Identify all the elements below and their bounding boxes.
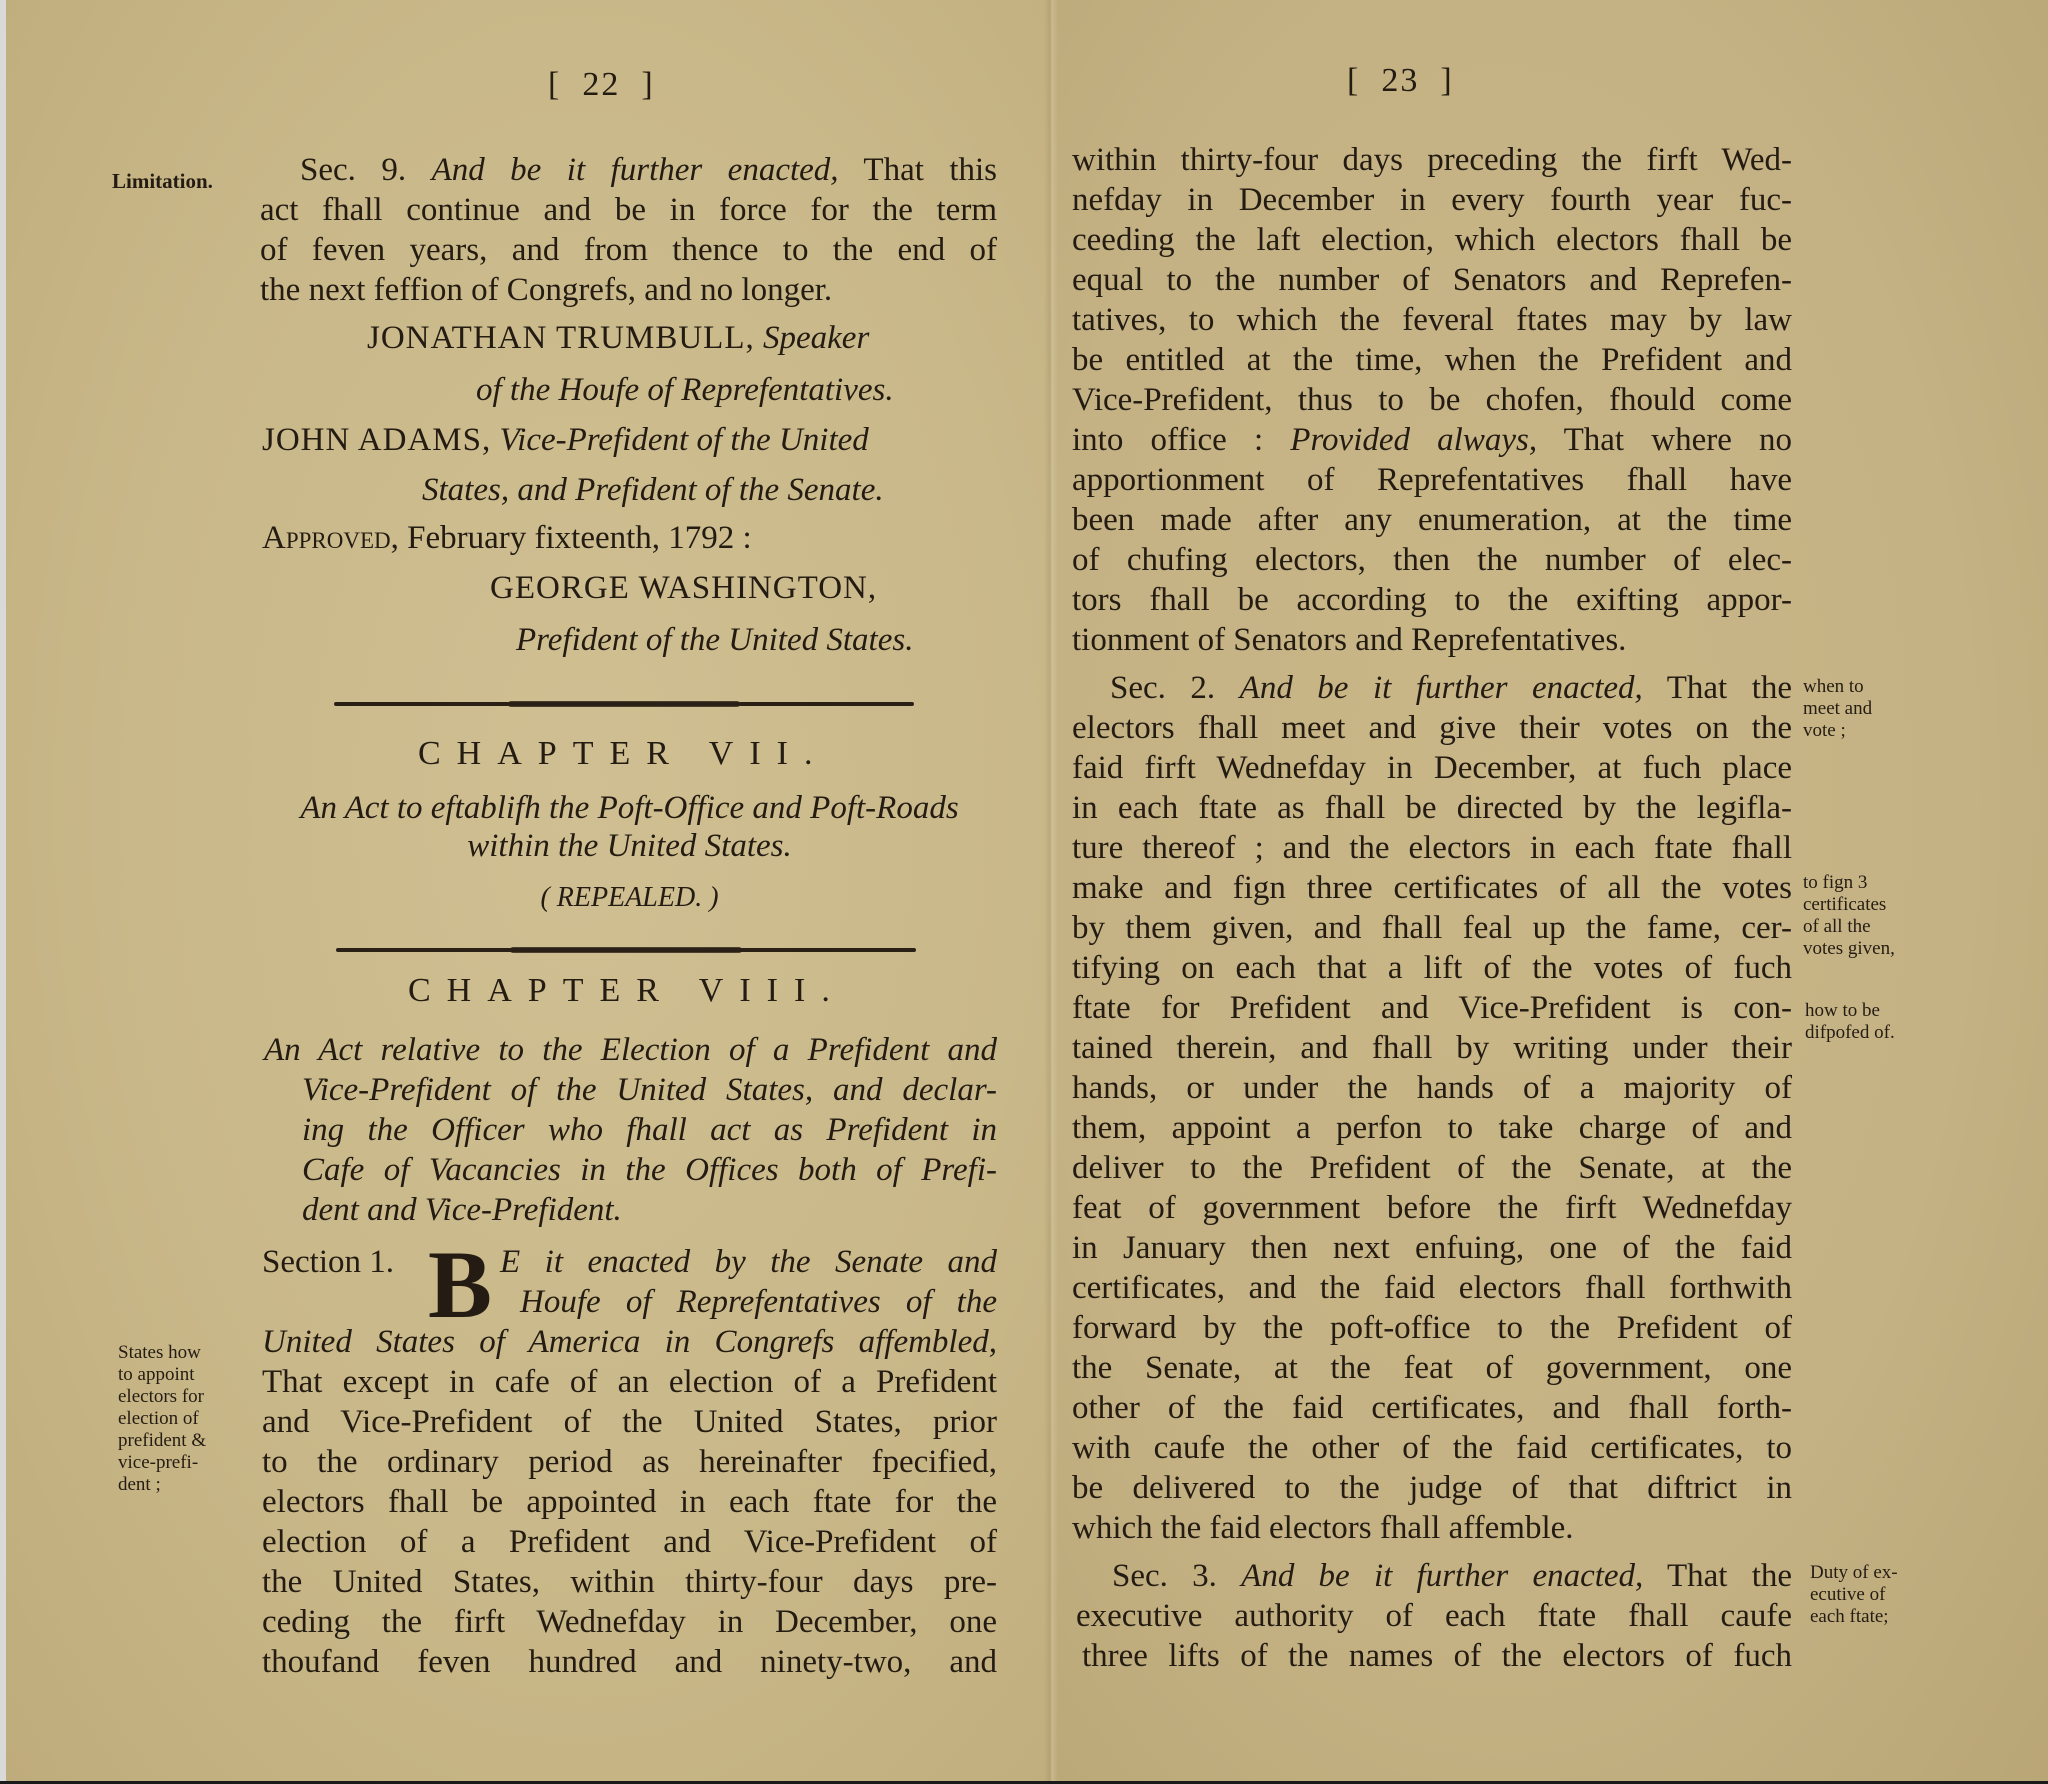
cont-line-3: ceeding the laft election, which elector… <box>1072 220 1792 260</box>
sec1-body-line-8: thoufand feven hundred and ninety-two, a… <box>262 1642 997 1682</box>
sec2-line-4: in each ftate as fhall be directed by th… <box>1072 788 1792 828</box>
cont-line-1: within thirty-four days preceding the fi… <box>1072 140 1792 180</box>
margin-note-how-disposed: how to be difpofed of. <box>1805 1000 1895 1044</box>
cont-line-6: be entitled at the time, when the Prefid… <box>1072 340 1792 380</box>
sec2-line1-rest: That the <box>1667 670 1792 706</box>
sec2-line-11: hands, or under the hands of a majority … <box>1072 1068 1792 1108</box>
margin-note-when-to-meet: when to meet and vote ; <box>1803 676 1872 742</box>
chapter-8-title-5: dent and Vice-Prefident. <box>302 1190 622 1230</box>
vp-signature: JOHN ADAMS, Vice-Prefident of the United <box>262 420 869 460</box>
margin-note-line: electors for <box>118 1386 206 1408</box>
sec2-line-17: forward by the poft-office to the Prefid… <box>1072 1308 1792 1348</box>
margin-note-line: prefident & <box>118 1430 206 1452</box>
cont-line-8: into office : Provided always, That wher… <box>1072 420 1792 460</box>
drop-cap: B <box>428 1245 492 1325</box>
sec2-line-2: electors fhall meet and give their votes… <box>1072 708 1792 748</box>
vp-name: JOHN ADAMS, <box>262 422 491 458</box>
sec2-line-16: certificates, and the faid electors fhal… <box>1072 1268 1792 1308</box>
cont-line-12: tors fhall be according to the exifting … <box>1072 580 1792 620</box>
sec9-line-1: Sec. 9. And be it further enacted, That … <box>300 150 997 190</box>
section-1-label: Section 1. <box>262 1242 394 1282</box>
margin-note-line: to fign 3 <box>1803 872 1895 894</box>
sec2-line-8: tifying on each that a lift of the votes… <box>1072 948 1792 988</box>
sec3-line-3: three lifts of the names of the electors… <box>1082 1636 1792 1676</box>
scan-left-edge <box>0 0 6 1784</box>
vp-title-cont: States, and Prefident of the Senate. <box>422 470 884 510</box>
sec3-line-1: Sec. 3. And be it further enacted, That … <box>1112 1556 1792 1596</box>
margin-note-states-how: States how to appoint electors for elect… <box>118 1342 206 1496</box>
speaker-signature: JONATHAN TRUMBULL, Speaker <box>367 318 869 358</box>
cont-line-5: tatives, to which the feveral ftates may… <box>1072 300 1792 340</box>
margin-note-limitation: Limitation. <box>112 170 213 192</box>
margin-note-duty: Duty of ex- ecutive of each ftate; <box>1810 1562 1898 1628</box>
sec2-enacting-clause: And be it further enacted, <box>1240 670 1643 706</box>
sec1-body-line-7: ceding the firft Wednefday in December, … <box>262 1602 997 1642</box>
approved-label: Approved, <box>262 520 399 556</box>
section-divider-1 <box>334 702 914 706</box>
margin-note-line: Duty of ex- <box>1810 1562 1898 1584</box>
sec1-body-line-2: and Vice-Prefident of the United States,… <box>262 1402 997 1442</box>
margin-note-line: to appoint <box>118 1364 206 1386</box>
sec2-line-7: by them given, and fhall feal up the fam… <box>1072 908 1792 948</box>
chapter-7-heading: CHAPTER VII. <box>418 735 829 773</box>
chapter-8-heading: CHAPTER VIII. <box>408 972 846 1010</box>
chapter-7-title-1: An Act to eftablifh the Poft-Office and … <box>262 788 997 828</box>
enacting-line-1: E it enacted by the Senate and <box>500 1242 997 1282</box>
sec9-line-4: the next feffion of Congrefs, and no lon… <box>260 270 997 310</box>
sec9-line-3: of feven years, and from thence to the e… <box>260 230 997 270</box>
margin-note-line: of all the <box>1803 916 1895 938</box>
margin-note-line: vote ; <box>1803 720 1872 742</box>
cont-line-10: been made after any enumeration, at the … <box>1072 500 1792 540</box>
margin-note-line: votes given, <box>1803 938 1895 960</box>
margin-note-line: vice-prefi- <box>118 1452 206 1474</box>
cont-line-9: apportionment of Reprefentatives fhall h… <box>1072 460 1792 500</box>
sec2-line-6: make and fign three certificates of all … <box>1072 868 1792 908</box>
sec3-line1-rest: That the <box>1667 1558 1792 1594</box>
sec2-line-14: feat of government before the firft Wedn… <box>1072 1188 1792 1228</box>
enacting-line-3: United States of America in Congrefs aff… <box>262 1322 997 1362</box>
sec2-line-22: which the faid electors fhall affemble. <box>1072 1508 1792 1548</box>
book-gutter <box>1044 0 1058 1781</box>
page-number-23: [ 23 ] <box>1347 62 1454 100</box>
sec2-line-19: other of the faid certificates, and fhal… <box>1072 1388 1792 1428</box>
margin-note-line: election of <box>118 1408 206 1430</box>
sec1-body-line-5: election of a Prefident and Vice-Prefide… <box>262 1522 997 1562</box>
enacting-line-2: Houfe of Reprefentatives of the <box>520 1282 997 1322</box>
sec9-enacting-clause: And be it further enacted, <box>432 152 839 188</box>
sec2-line-10: tained therein, and fhall by writing und… <box>1072 1028 1792 1068</box>
sec2-line-20: with caufe the other of the faid certifi… <box>1072 1428 1792 1468</box>
sec2-line-15: in January then next enfuing, one of the… <box>1072 1228 1792 1268</box>
margin-note-line: when to <box>1803 676 1872 698</box>
sec2-line-18: the Senate, at the feat of government, o… <box>1072 1348 1792 1388</box>
margin-note-line: dent ; <box>118 1474 206 1496</box>
chapter-8-title-2: Vice-Prefident of the United States, and… <box>302 1070 997 1110</box>
sec2-line-21: be delivered to the judge of that diftri… <box>1072 1468 1792 1508</box>
sec2-line-3: faid firft Wednefday in December, at fuc… <box>1072 748 1792 788</box>
sec2-label: Sec. 2. <box>1110 670 1215 706</box>
sec2-line-5: ture thereof ; and the electors in each … <box>1072 828 1792 868</box>
president-title: Prefident of the United States. <box>516 620 913 660</box>
sec2-line-9: ftate for Prefident and Vice-Prefident i… <box>1072 988 1792 1028</box>
proviso-italic: Provided always, <box>1290 422 1537 458</box>
president-name: GEORGE WASHINGTON, <box>490 568 877 608</box>
margin-note-line: ecutive of <box>1810 1584 1898 1606</box>
sec2-line-13: deliver to the Prefident of the Senate, … <box>1072 1148 1792 1188</box>
proviso-rest: That where no <box>1564 422 1792 458</box>
sec2-line-12: them, appoint a perfon to take charge of… <box>1072 1108 1792 1148</box>
sec9-line1-rest: That this <box>863 152 997 188</box>
cont-line-13: tionment of Senators and Reprefentatives… <box>1072 620 1792 660</box>
sec1-body-line-3: to the ordinary period as hereinafter fp… <box>262 1442 997 1482</box>
chapter-7-title-2: within the United States. <box>262 826 997 866</box>
chapter-8-title-4: Cafe of Vacancies in the Offices both of… <box>302 1150 997 1190</box>
page-number-22: [ 22 ] <box>548 66 655 104</box>
cont-line-2: nefday in December in every fourth year … <box>1072 180 1792 220</box>
margin-note-to-sign: to fign 3 certificates of all the votes … <box>1803 872 1895 960</box>
sec1-body-line-4: electors fhall be appointed in each ftat… <box>262 1482 997 1522</box>
chapter-7-status: ( REPEALED. ) <box>262 878 997 918</box>
vp-title: Vice-Prefident of the United <box>499 422 868 458</box>
speaker-title: Speaker <box>763 320 869 356</box>
approved-date: February fixteenth, 1792 : <box>407 520 752 556</box>
margin-note-line: States how <box>118 1342 206 1364</box>
chapter-8-title-3: ing the Officer who fhall act as Prefide… <box>302 1110 997 1150</box>
cont-line-7: Vice-Prefident, thus to be chofen, fhoul… <box>1072 380 1792 420</box>
cont-line-4: equal to the number of Senators and Repr… <box>1072 260 1792 300</box>
sec3-enacting-clause: And be it further enacted, <box>1241 1558 1643 1594</box>
margin-note-line: difpofed of. <box>1805 1022 1895 1044</box>
margin-note-line: each ftate; <box>1810 1606 1898 1628</box>
speaker-name: JONATHAN TRUMBULL, <box>367 320 755 356</box>
sec1-body-line-6: the United States, within thirty-four da… <box>262 1562 997 1602</box>
margin-note-line: meet and <box>1803 698 1872 720</box>
sec3-label: Sec. 3. <box>1112 1558 1217 1594</box>
approved-line: Approved, February fixteenth, 1792 : <box>262 518 752 558</box>
into-office: into office : <box>1072 422 1263 458</box>
sec2-line-1: Sec. 2. And be it further enacted, That … <box>1110 668 1792 708</box>
chapter-8-title-1: An Act relative to the Election of a Pre… <box>264 1030 997 1070</box>
sec3-line-2: executive authority of each ftate fhall … <box>1076 1596 1792 1636</box>
cont-line-11: of chufing electors, then the number of … <box>1072 540 1792 580</box>
sec1-body-line-1: That except in cafe of an election of a … <box>262 1362 997 1402</box>
speaker-title-cont: of the Houfe of Reprefentatives. <box>476 370 894 410</box>
section-divider-2 <box>336 948 916 952</box>
margin-note-line: how to be <box>1805 1000 1895 1022</box>
sec9-line-2: act fhall continue and be in force for t… <box>260 190 997 230</box>
sec9-label: Sec. 9. <box>300 152 406 188</box>
margin-note-line: certificates <box>1803 894 1895 916</box>
